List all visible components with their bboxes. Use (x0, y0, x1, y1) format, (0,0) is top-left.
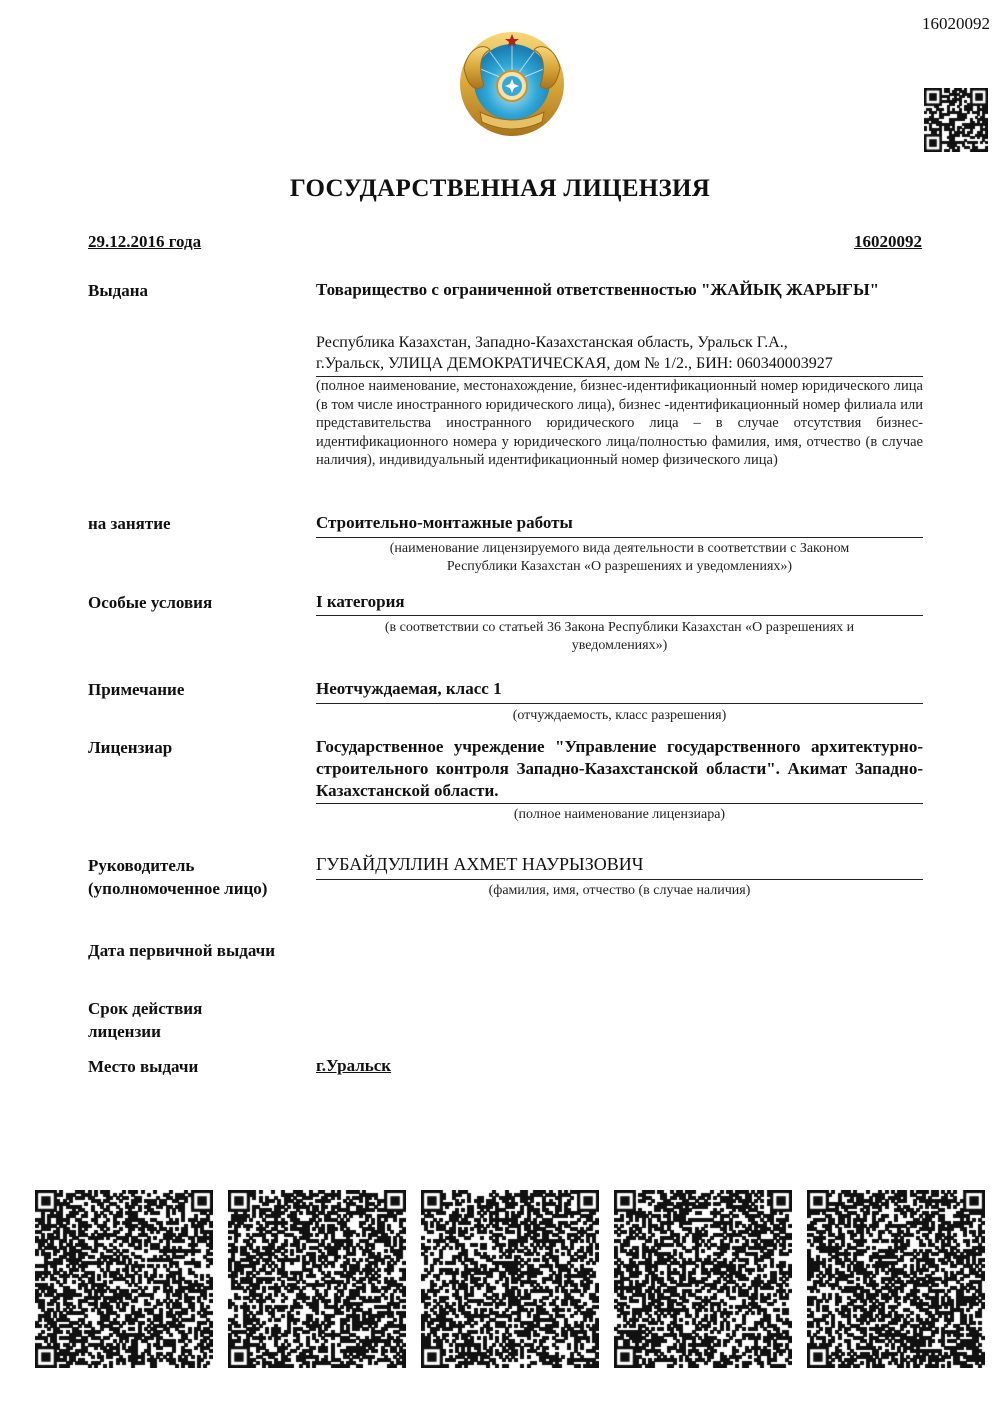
licensee-name: Товарищество с ограниченной ответственно… (316, 279, 923, 301)
validity-label-line1: Срок действия (88, 997, 308, 1020)
special-conditions-hint-line2: уведомлениях») (316, 637, 923, 655)
special-conditions-value: I категория (316, 591, 923, 613)
divider (316, 615, 923, 616)
first-issue-date-label: Дата первичной выдачи (88, 939, 308, 962)
head-name: ГУБАЙДУЛЛИН АХМЕТ НАУРЫЗОВИЧ (316, 853, 923, 875)
activity-value: Строительно-монтажные работы (316, 512, 923, 534)
divider (316, 803, 923, 804)
head-label: Руководитель (уполномоченное лицо) (88, 854, 308, 900)
qr-code-icon (614, 1190, 792, 1368)
divider (316, 879, 923, 880)
activity-hint-line2: Республики Казахстан «О разрешениях и ув… (316, 558, 923, 576)
qr-code-icon (807, 1190, 985, 1368)
validity-label: Срок действия лицензии (88, 997, 308, 1043)
licensor-label: Лицензиар (88, 736, 308, 759)
head-hint: (фамилия, имя, отчество (в случае наличи… (316, 882, 923, 900)
qr-code-icon (35, 1190, 213, 1368)
activity-hint-line1: (наименование лицензируемого вида деятел… (316, 540, 923, 558)
note-label: Примечание (88, 678, 308, 701)
qr-code-icon (228, 1190, 406, 1368)
note-hint: (отчуждаемость, класс разрешения) (316, 707, 923, 725)
validity-label-line2: лицензии (88, 1020, 308, 1043)
qr-code-icon (924, 88, 988, 152)
page-title: ГОСУДАРСТВЕННАЯ ЛИЦЕНЗИЯ (0, 175, 1000, 203)
place-label: Место выдачи (88, 1055, 308, 1078)
issue-date: 29.12.2016 года (88, 232, 201, 252)
licensor-value: Государственное учреждение "Управление г… (316, 736, 923, 802)
licensee-address-line1: Республика Казахстан, Западно-Казахстанс… (316, 332, 923, 353)
qr-code-icon (421, 1190, 599, 1368)
place-value: г.Уральск (316, 1055, 923, 1077)
head-label-line1: Руководитель (88, 854, 308, 877)
licensor-hint: (полное наименование лицензиара) (316, 806, 923, 824)
licensee-address-line2: г.Уральск, УЛИЦА ДЕМОКРАТИЧЕСКАЯ, дом № … (316, 353, 923, 374)
divider (316, 537, 923, 538)
special-conditions-hint-line1: (в соответствии со статьей 36 Закона Рес… (316, 619, 923, 637)
document-number-top: 16020092 (922, 14, 990, 34)
special-conditions-label: Особые условия (88, 591, 308, 614)
activity-label: на занятие (88, 512, 308, 535)
note-value: Неотчуждаемая, класс 1 (316, 678, 923, 700)
divider (316, 703, 923, 704)
issued-to-label: Выдана (88, 279, 308, 302)
licensee-hint: (полное наименование, местонахождение, б… (316, 377, 923, 470)
kazakhstan-coat-of-arms-icon (450, 28, 574, 144)
head-label-line2: (уполномоченное лицо) (88, 877, 308, 900)
registration-number: 16020092 (854, 232, 922, 252)
